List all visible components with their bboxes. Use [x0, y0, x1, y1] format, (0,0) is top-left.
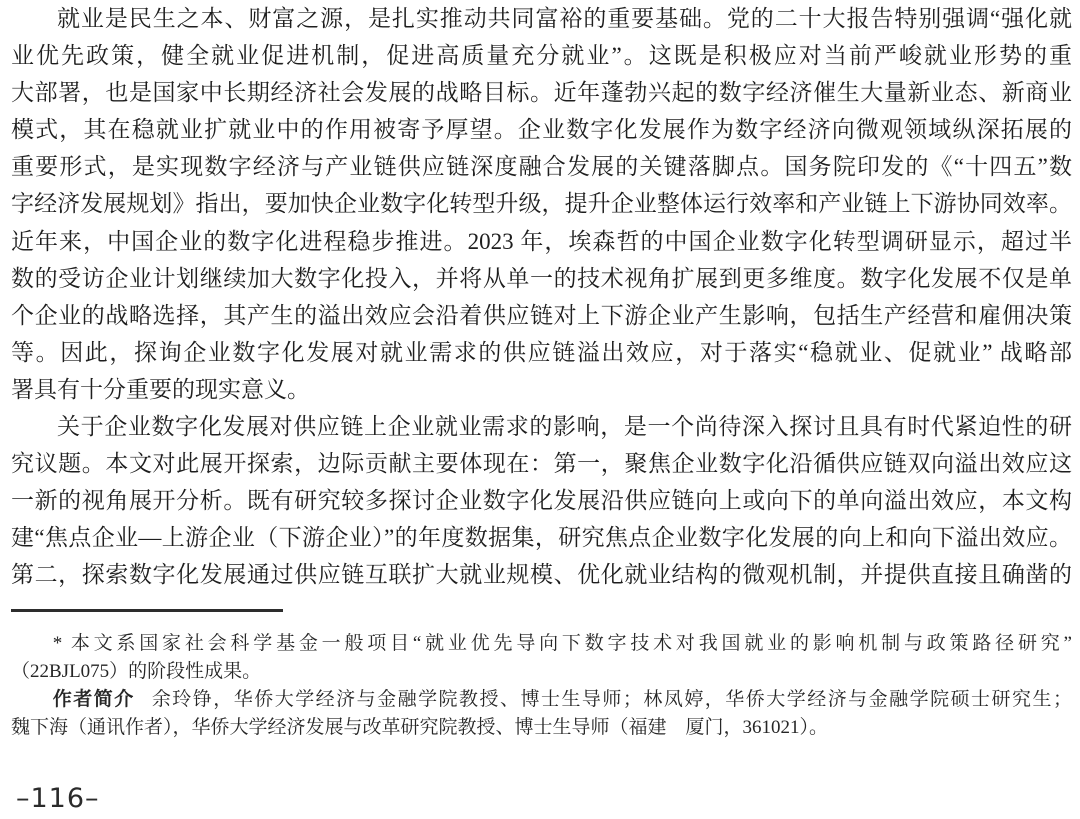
text-line: 个企业的战略选择，其产生的溢出效应会沿着供应链对上下游企业产生影响，包括生产经营… — [11, 297, 1072, 334]
footnote-separator — [11, 609, 283, 612]
text-line: 就业是民生之本、财富之源，是扎实推动共同富裕的重要基础。党的二十大报告特别强调“… — [11, 0, 1072, 37]
paper-page: 就业是民生之本、财富之源，是扎实推动共同富裕的重要基础。党的二十大报告特别强调“… — [0, 0, 1080, 819]
text-line: 究议题。本文对此展开探索，边际贡献主要体现在：第一，聚焦企业数字化沿循供应链双向… — [11, 445, 1072, 482]
text-line: 模式，其在稳就业扩就业中的作用被寄予厚望。企业数字化发展作为数字经济向微观领域纵… — [11, 111, 1072, 148]
author-bio-label: 作者简介 — [53, 689, 135, 710]
text-line: 重要形式，是实现数字经济与产业链供应链深度融合发展的关键落脚点。国务院印发的《“… — [11, 148, 1072, 185]
text-line: 字经济发展规划》指出，要加快企业数字化转型升级，提升企业整体运行效率和产业链上下… — [11, 185, 1072, 222]
footnote-section: * 本文系国家社会科学基金一般项目“就业优先导向下数字技术对我国就业的影响机制与… — [11, 630, 1072, 742]
text-line: 署具有十分重要的现实意义。 — [11, 371, 1072, 408]
text-line: 等。因此，探询企业数字化发展对就业需求的供应链溢出效应，对于落实“稳就业、促就业… — [11, 334, 1072, 371]
text-line: 业优先政策，健全就业促进机制，促进高质量充分就业”。这既是积极应对当前严峻就业形… — [11, 37, 1072, 74]
text-line: 建“焦点企业—上游企业（下游企业）”的年度数据集，研究焦点企业数字化发展的向上和… — [11, 519, 1072, 556]
author-bio-line-1: 作者简介余玲铮，华侨大学经济与金融学院教授、博士生导师；林凤婷，华侨大学经济与金… — [11, 686, 1072, 714]
paragraph-1: 就业是民生之本、财富之源，是扎实推动共同富裕的重要基础。党的二十大报告特别强调“… — [11, 0, 1072, 408]
fund-note-line-1: * 本文系国家社会科学基金一般项目“就业优先导向下数字技术对我国就业的影响机制与… — [11, 630, 1072, 658]
text-line: 关于企业数字化发展对供应链上企业就业需求的影响，是一个尚待深入探讨且具有时代紧迫… — [11, 408, 1072, 445]
author-bio-text: 余玲铮，华侨大学经济与金融学院教授、博士生导师；林凤婷，华侨大学经济与金融学院硕… — [152, 689, 1072, 710]
text-line: 数的受访企业计划继续加大数字化投入，并将从单一的技术视角扩展到更多维度。数字化发… — [11, 260, 1072, 297]
fund-note-line-2: （22BJL075）的阶段性成果。 — [11, 658, 1072, 686]
text-line: 大部署，也是国家中长期经济社会发展的战略目标。近年蓬勃兴起的数字经济催生大量新业… — [11, 74, 1072, 111]
text-line: 近年来，中国企业的数字化进程稳步推进。2023 年，埃森哲的中国企业数字化转型调… — [11, 223, 1072, 260]
author-bio-line-2: 魏下海（通讯作者），华侨大学经济发展与改革研究院教授、博士生导师（福建 厦门，3… — [11, 714, 1072, 742]
text-line: 一新的视角展开分析。既有研究较多探讨企业数字化发展沿供应链向上或向下的单向溢出效… — [11, 482, 1072, 519]
paragraph-2: 关于企业数字化发展对供应链上企业就业需求的影响，是一个尚待深入探讨且具有时代紧迫… — [11, 408, 1072, 593]
page-number: –116– — [16, 784, 100, 814]
text-line: 第二，探索数字化发展通过供应链互联扩大就业规模、优化就业结构的微观机制，并提供直… — [11, 556, 1072, 593]
main-text: 就业是民生之本、财富之源，是扎实推动共同富裕的重要基础。党的二十大报告特别强调“… — [11, 0, 1072, 594]
